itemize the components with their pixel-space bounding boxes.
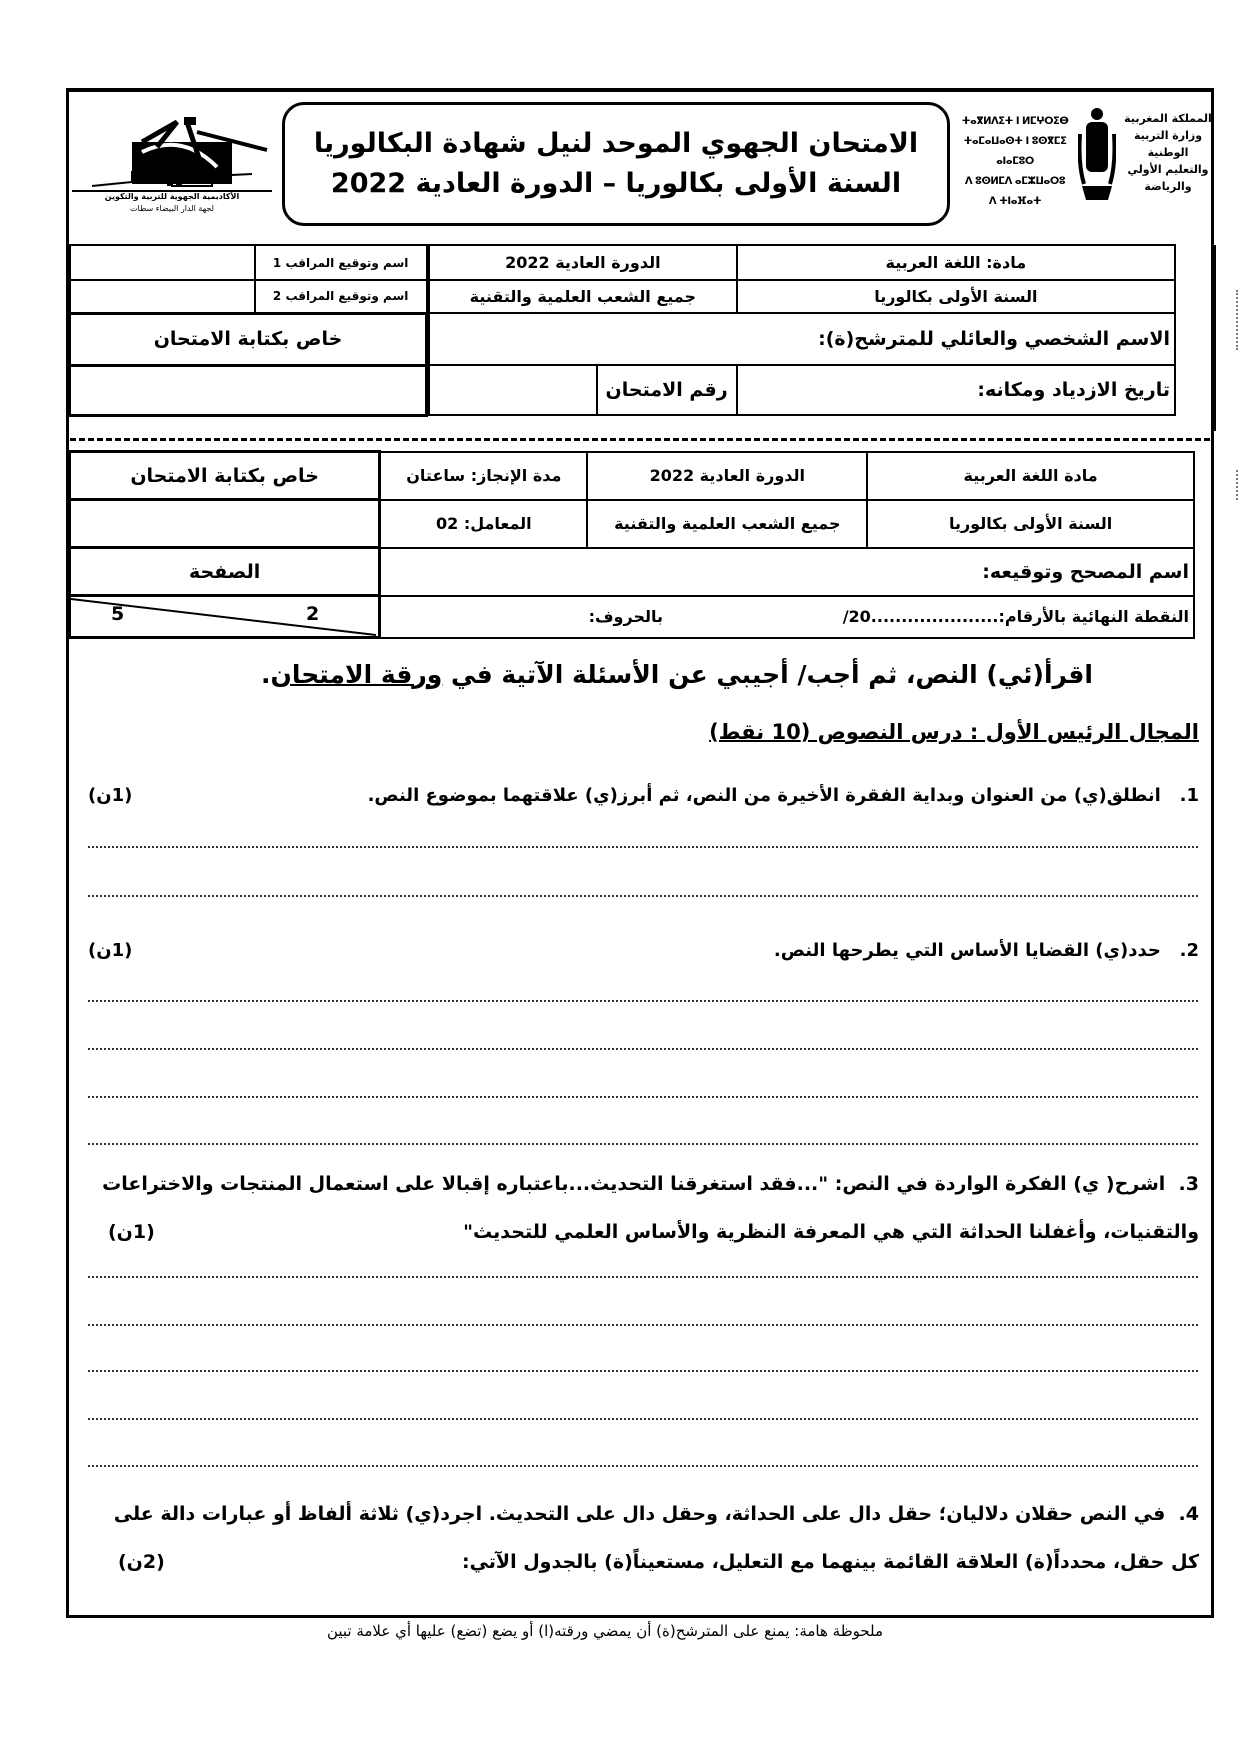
grading-streams-cell: جميع الشعب العلمية والتقنية [587, 500, 867, 548]
question-3-number: 3. [1179, 1173, 1199, 1195]
question-3-points: (1ن) [108, 1208, 155, 1256]
question-3: 3. اشرح( ي) الفكرة الواردة في النص: "...… [88, 1160, 1199, 1256]
answer-line[interactable] [88, 1324, 1198, 1326]
answer-line[interactable] [88, 1096, 1198, 1098]
tifinagh-line-2: ⵜⴰⵎⴰⵡⴰⵙⵜ ⵏ ⵓⵙⴳⵎⵉ ⴰⵏⴰⵎⵓⵔ [960, 132, 1070, 172]
final-grade-label: النقطة النهائية بالأرقام:...............… [843, 607, 1189, 626]
corrector-label: اسم المصحح وتوقيعه: [982, 561, 1189, 583]
grading-table: مادة اللغة العربية الدورة العادية 2022 م… [68, 450, 1195, 639]
proctor-table: اسم وتوقيع المراقب 1 اسم وتوقيع المراقب … [68, 244, 428, 417]
cut-line [70, 438, 1210, 441]
reserved-field-top[interactable] [70, 365, 427, 415]
tifinagh-line-3: ⴷ ⵓⵙⵍⵎⴷ ⴰⵎⵣⵡⴰⵔⵓ ⴷ ⵜⵏⴰⴼⴰⵜ [960, 172, 1070, 212]
question-1-number: 1. [1180, 785, 1199, 806]
question-4-number: 4. [1179, 1503, 1199, 1525]
proctor2-signature-field[interactable] [70, 280, 255, 313]
tifinagh-ministry-text: ⵜⴰⴳⵍⴷⵉⵜ ⵏ ⵍⵎⵖⵔⵉⴱ ⵜⴰⵎⴰⵡⴰⵙⵜ ⵏ ⵓⵙⴳⵎⵉ ⴰⵏⴰⵎⵓⵔ… [960, 112, 1070, 212]
proctor2-label: اسم وتوقيع المراقب 2 [255, 280, 427, 313]
ministry-line-1: المملكة المغربية [1120, 110, 1216, 127]
question-1-text: انطلق(ي) من العنوان وبداية الفقرة الأخير… [368, 785, 1161, 806]
birth-label: تاريخ الازدياد ومكانه: [977, 379, 1170, 401]
instruction-underlined: ورقة الامتحان [271, 660, 443, 689]
subject-cell: مادة: اللغة العربية [737, 245, 1175, 280]
question-1-points: (1ن) [88, 785, 132, 806]
question-4: 4. في النص حقلان دلاليان؛ حقل دال على ال… [88, 1490, 1199, 1586]
answer-line[interactable] [88, 1370, 1198, 1372]
answer-line[interactable] [88, 846, 1198, 848]
exam-number-field[interactable] [429, 365, 597, 415]
ministry-line-3: والتعليم الأولي والرياضة [1120, 161, 1216, 195]
exam-title-box: الامتحان الجهوي الموحد لنيل شهادة البكال… [282, 102, 950, 226]
page-label: الصفحة [70, 548, 380, 596]
question-2-number: 2. [1180, 940, 1199, 961]
instruction-text: اقرأ(ئي) النص، ثم أجب/ أجيبي عن الأسئلة … [442, 660, 1093, 689]
duration-cell: مدة الإنجاز: ساعتان [380, 452, 588, 500]
candidate-name-label: الاسم الشخصي والعائلي للمترشح(ة): [818, 328, 1170, 350]
grading-reserved-label: خاص بكتابة الامتحان [70, 452, 380, 500]
corrector-field[interactable]: اسم المصحح وتوقيعه: [380, 548, 1194, 596]
question-1: 1. انطلق(ي) من العنوان وبداية الفقرة الأ… [88, 785, 1199, 806]
page-current: 2 [306, 603, 319, 625]
grading-session-cell: الدورة العادية 2022 [587, 452, 867, 500]
academy-caption-2: لجهة الدار البيضاء سطات [72, 204, 272, 213]
exam-title-line-1: الامتحان الجهوي الموحد لنيل شهادة البكال… [314, 124, 918, 164]
question-2-points: (1ن) [88, 940, 132, 961]
grading-reserved-field[interactable] [70, 500, 380, 548]
question-2: 2. حدد(ي) القضايا الأساس التي يطرحها الن… [88, 940, 1199, 961]
footer-note: ملحوظة هامة: يمنع على المترشح(ة) أن يمضي… [280, 1622, 930, 1640]
in-letters-label: بالحروف: [589, 607, 663, 626]
section-title: المجال الرئيس الأول : درس النصوص (10 نقط… [709, 720, 1199, 744]
ministry-line-2: وزارة التربية الوطنية [1120, 127, 1216, 161]
proctor1-signature-field[interactable] [70, 245, 255, 280]
birth-field[interactable]: تاريخ الازدياد ومكانه: [737, 365, 1175, 415]
reserved-label-top: خاص بكتابة الامتحان [70, 313, 427, 365]
tifinagh-line-1: ⵜⴰⴳⵍⴷⵉⵜ ⵏ ⵍⵎⵖⵔⵉⴱ [960, 112, 1070, 132]
page-number-cell: 2 5 [70, 596, 380, 638]
exam-title-line-2: السنة الأولى بكالوريا – الدورة العادية 2… [331, 164, 901, 204]
academy-logo: الأكاديمية الجهوية للتربية والتكوين لجهة… [72, 112, 272, 220]
proctor1-label: اسم وتوقيع المراقب 1 [255, 245, 427, 280]
session-cell: الدورة العادية 2022 [429, 245, 737, 280]
question-4-text-2: ، مستعيناً(ة) بالجدول الآتي: [462, 1551, 719, 1573]
grading-level-cell: السنة الأولى بكالوريا [867, 500, 1194, 548]
grading-subject-cell: مادة اللغة العربية [867, 452, 1194, 500]
answer-line[interactable] [88, 895, 1198, 897]
question-4-text-bold: التعليل [719, 1551, 784, 1573]
instruction-end: . [261, 660, 271, 689]
answer-line[interactable] [88, 1276, 1198, 1278]
academy-caption-1: الأكاديمية الجهوية للتربية والتكوين [72, 190, 272, 201]
question-3-text: اشرح( ي) الفكرة الواردة في النص: "...فقد… [102, 1173, 1199, 1243]
level-cell: السنة الأولى بكالوريا [737, 280, 1175, 313]
exam-number-label: رقم الامتحان [597, 365, 737, 415]
answer-line[interactable] [88, 1000, 1198, 1002]
main-instruction: اقرأ(ئي) النص، ثم أجب/ أجيبي عن الأسئلة … [261, 660, 1093, 689]
coefficient-cell: المعامل: 02 [380, 500, 588, 548]
answer-line[interactable] [88, 1048, 1198, 1050]
question-4-points: (2ن) [118, 1538, 165, 1586]
answer-line[interactable] [88, 1418, 1198, 1420]
candidate-info-table: مادة: اللغة العربية الدورة العادية 2022 … [428, 244, 1176, 416]
page-total: 5 [111, 603, 124, 625]
margin-dots [1236, 290, 1240, 350]
question-2-text: حدد(ي) القضايا الأساس التي يطرحها النص. [774, 940, 1161, 961]
margin-dots [1236, 470, 1240, 500]
ministry-name: المملكة المغربية وزارة التربية الوطنية و… [1120, 110, 1216, 195]
answer-line[interactable] [88, 1143, 1198, 1145]
table-right-rule [1213, 245, 1216, 431]
answer-line[interactable] [88, 1465, 1198, 1467]
final-grade-field[interactable]: النقطة النهائية بالأرقام:...............… [380, 596, 1194, 638]
streams-cell: جميع الشعب العلمية والتقنية [429, 280, 737, 313]
royal-emblem-icon [1078, 104, 1116, 204]
candidate-name-field[interactable]: الاسم الشخصي والعائلي للمترشح(ة): [429, 313, 1175, 365]
